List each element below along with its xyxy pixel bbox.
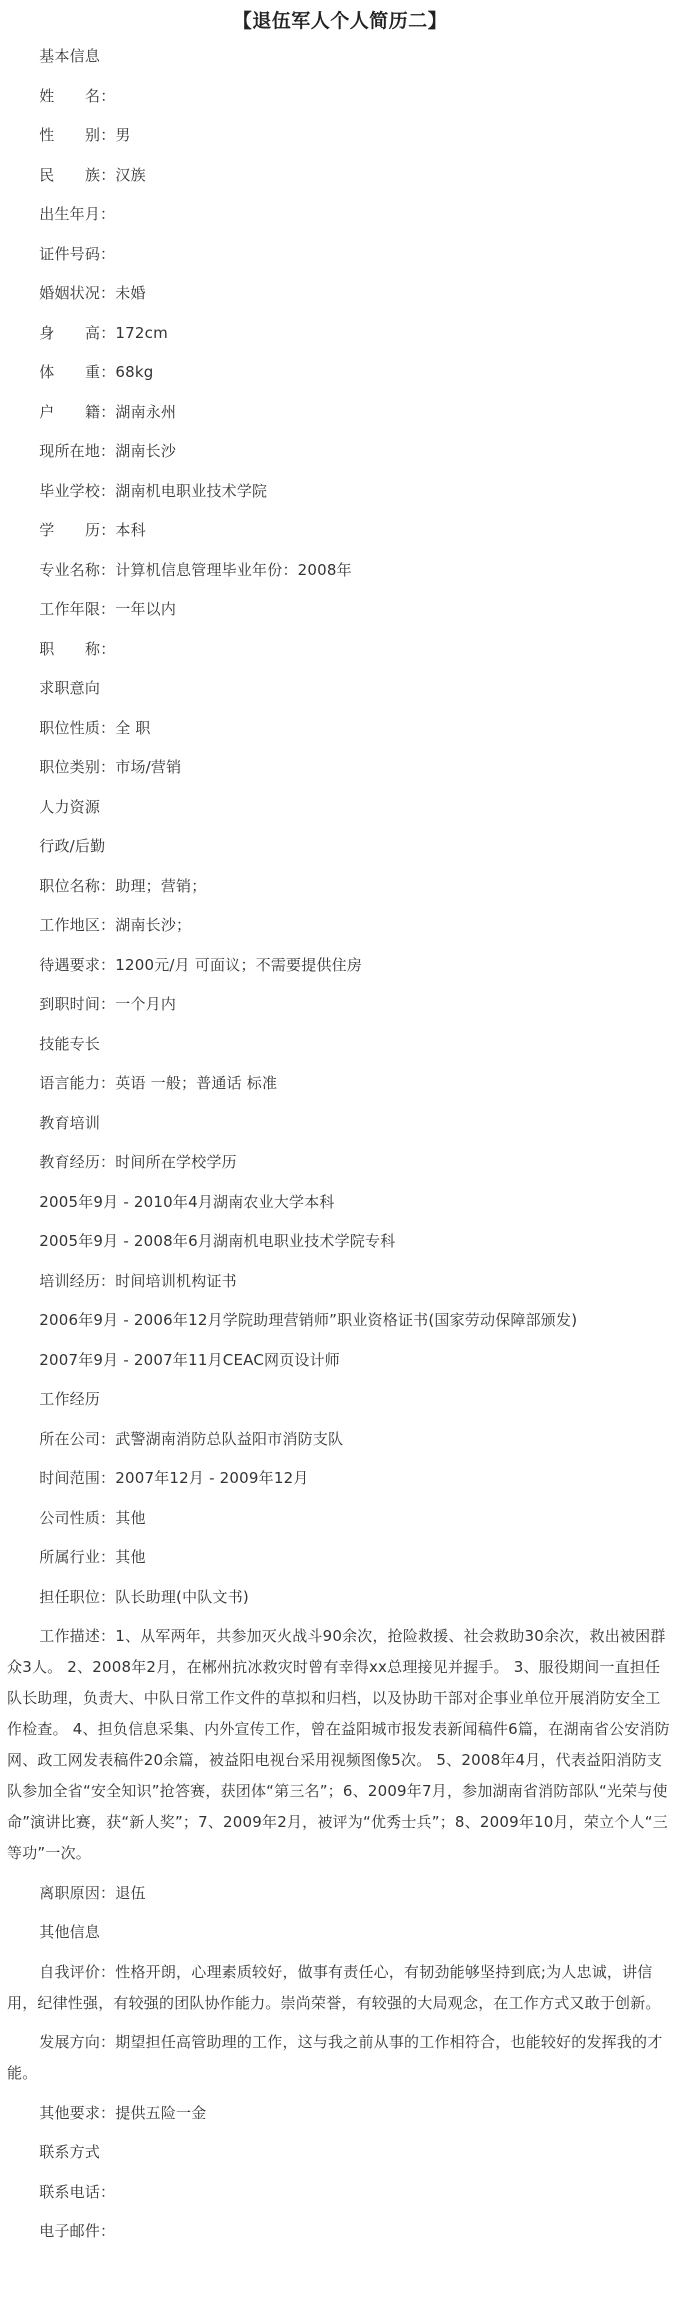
field-industry: 所属行业：其他	[7, 1542, 673, 1573]
field-name-value: ：	[100, 87, 115, 105]
field-degree-label-1: 学	[39, 515, 85, 546]
field-self-evaluation: 自我评价：性格开朗，心理素质较好，做事有责任心，有韧劲能够坚持到底;为人忠诚，讲…	[7, 1957, 673, 2019]
field-gender: 性别：男	[7, 120, 673, 151]
field-phone: 联系电话：	[7, 2177, 673, 2208]
field-title-rank-label-1: 职	[39, 634, 85, 665]
field-job-category: 职位类别：市场/营销	[7, 752, 673, 783]
field-training-history: 培训经历：时间培训机构证书	[7, 1266, 673, 1297]
field-height: 身高：172cm	[7, 318, 673, 349]
field-height-label-2: 高	[85, 324, 100, 342]
field-hukou: 户籍：湖南永州	[7, 397, 673, 428]
field-height-value: ：172cm	[100, 324, 168, 342]
field-birth-date: 出生年月：	[7, 199, 673, 230]
field-ethnicity: 民族：汉族	[7, 160, 673, 191]
field-title-rank-value: ：	[100, 640, 115, 658]
section-heading-work: 工作经历	[7, 1384, 673, 1415]
field-other-requirements: 其他要求：提供五险一金	[7, 2098, 673, 2129]
field-position: 担任职位：队长助理(中队文书)	[7, 1582, 673, 1613]
field-school: 毕业学校：湖南机电职业技术学院	[7, 476, 673, 507]
field-degree-label-2: 历	[85, 521, 100, 539]
section-heading-contact: 联系方式	[7, 2137, 673, 2168]
field-start-time: 到职时间：一个月内	[7, 989, 673, 1020]
field-hukou-label-2: 籍	[85, 403, 100, 421]
field-marital-status: 婚姻状况：未婚	[7, 278, 673, 309]
section-heading-other: 其他信息	[7, 1917, 673, 1948]
field-name-label-1: 姓	[39, 81, 85, 112]
field-ethnicity-label-2: 族	[85, 166, 100, 184]
document-title: 【退伍军人个人简历二】	[7, 8, 673, 38]
field-hukou-value: ：湖南永州	[100, 403, 176, 421]
field-job-nature: 职位性质：全 职	[7, 713, 673, 744]
field-company-type: 公司性质：其他	[7, 1503, 673, 1534]
job-category-hr: 人力资源	[7, 792, 673, 823]
field-degree: 学历：本科	[7, 515, 673, 546]
field-major: 专业名称：计算机信息管理毕业年份：2008年	[7, 555, 673, 586]
field-career-direction: 发展方向：期望担任高管助理的工作，这与我之前从事的工作相符合，也能较好的发挥我的…	[7, 2027, 673, 2089]
field-title-rank: 职称：	[7, 634, 673, 665]
section-heading-basic-info: 基本信息	[7, 41, 673, 72]
field-weight-label-2: 重	[85, 363, 100, 381]
field-work-years: 工作年限：一年以内	[7, 594, 673, 625]
field-name: 姓名：	[7, 81, 673, 112]
field-ethnicity-label-1: 民	[39, 160, 85, 191]
field-education-history: 教育经历：时间所在学校学历	[7, 1147, 673, 1178]
field-name-label-2: 名	[85, 87, 100, 105]
resume-document: 【退伍军人个人简历二】 基本信息 姓名： 性别：男 民族：汉族 出生年月： 证件…	[0, 8, 679, 2247]
field-gender-value: ：男	[100, 126, 130, 144]
field-gender-label-1: 性	[39, 120, 85, 151]
section-heading-skills: 技能专长	[7, 1029, 673, 1060]
job-category-admin: 行政/后勤	[7, 831, 673, 862]
field-period: 时间范围：2007年12月 - 2009年12月	[7, 1463, 673, 1494]
field-title-rank-label-2: 称	[85, 640, 100, 658]
field-work-area: 工作地区：湖南长沙；	[7, 910, 673, 941]
field-email: 电子邮件：	[7, 2216, 673, 2247]
field-company: 所在公司：武警湖南消防总队益阳市消防支队	[7, 1424, 673, 1455]
section-heading-job-intent: 求职意向	[7, 673, 673, 704]
field-salary: 待遇要求：1200元/月 可面议；不需要提供住房	[7, 950, 673, 981]
field-ethnicity-value: ：汉族	[100, 166, 146, 184]
education-item: 2005年9月 - 2008年6月湖南机电职业技术学院专科	[7, 1226, 673, 1257]
field-degree-value: ：本科	[100, 521, 146, 539]
field-hukou-label-1: 户	[39, 397, 85, 428]
field-job-name: 职位名称：助理；营销；	[7, 871, 673, 902]
field-language: 语言能力：英语 一般；普通话 标准	[7, 1068, 673, 1099]
training-item: 2006年9月 - 2006年12月学院助理营销师”职业资格证书(国家劳动保障部…	[7, 1305, 673, 1336]
field-height-label-1: 身	[39, 318, 85, 349]
field-gender-label-2: 别	[85, 126, 100, 144]
field-leave-reason: 离职原因：退伍	[7, 1878, 673, 1909]
field-weight-label-1: 体	[39, 357, 85, 388]
section-heading-education: 教育培训	[7, 1108, 673, 1139]
field-current-location: 现所在地：湖南长沙	[7, 436, 673, 467]
field-weight: 体重：68kg	[7, 357, 673, 388]
field-weight-value: ：68kg	[100, 363, 153, 381]
education-item: 2005年9月 - 2010年4月湖南农业大学本科	[7, 1187, 673, 1218]
field-id-number: 证件号码：	[7, 239, 673, 270]
field-work-description: 工作描述：1、从军两年，共参加灭火战斗90余次，抢险救援、社会救助30余次，救出…	[7, 1621, 673, 1869]
training-item: 2007年9月 - 2007年11月CEAC网页设计师	[7, 1345, 673, 1376]
